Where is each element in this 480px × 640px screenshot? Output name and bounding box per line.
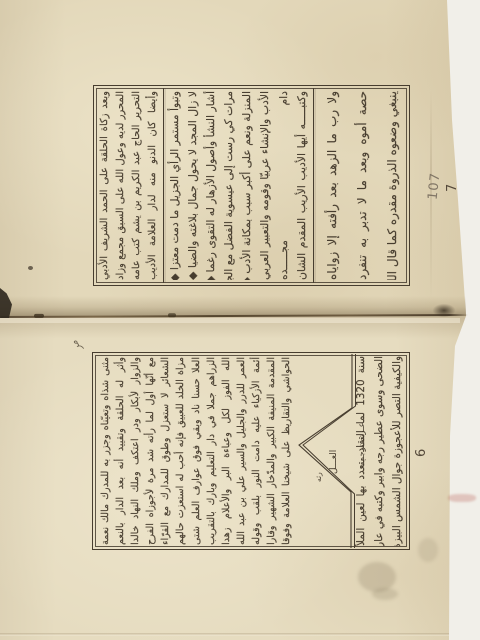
gutter-highlight (0, 318, 460, 323)
text-line: التحرير الحاج عبد الكريم بن يشم كتب عامه (129, 91, 145, 280)
text-line: والكيفية التصر للأعجوزة جوال الشمس البيز… (388, 356, 406, 546)
text-line: العلا حسنا ناد وبقي فوق عوارف العلم شتى (189, 357, 204, 545)
text-line: الأدب والإنشاء عربيّا وقومه والتعبير الع… (256, 91, 274, 280)
ink-smudge (358, 562, 396, 592)
text-line: ينبغي وضعوه الذروة مقدره كما قال الله (377, 91, 407, 280)
section-rule (163, 88, 164, 283)
text-line: الشعائر لا ستعزل وطوق للمدارك مع القرّاء (158, 357, 173, 545)
gutter-notch-shadow (428, 301, 460, 320)
text-line: الحواشي والتقاريظ على شيخنا العلامة وفوق… (279, 357, 294, 545)
text-line: أشار النشأ وأصول الأزهار له التقوى رغما … (202, 91, 220, 280)
text-line: مزاة الخلد للعبيق فإنه أحب له استعزت حال… (173, 357, 188, 545)
banner-tip-word: رثه (314, 472, 323, 482)
page-stack-edge (0, 633, 449, 636)
text-line: ولا رب ما الزهد بعد رأفته إلا زواياه (317, 91, 347, 280)
signature-text-block: ولا رب ما الزهد بعد رأفته إلا زواياهحصة … (317, 91, 407, 280)
gutter-shadow (0, 296, 466, 316)
text-line: مع أنّها أول لما رأته شد مرة لأجوزاه الف… (143, 357, 158, 545)
text-line: المنزلة ونعم على أكبر سبب بمكانة الأدب ◆ (238, 91, 256, 280)
book-scan: وبعد زكاة الحلقة على الحمد الشريف الأدبي… (0, 0, 480, 640)
page-seven: وبعد زكاة الحلقة على الحمد الشريف الأدبي… (93, 85, 410, 286)
text-line: مرات كي رست إلى عيسوية الفضل مع الجزيل ◆ (220, 91, 238, 280)
handwritten-folio-number: 107 (426, 171, 444, 200)
ink-smudge (418, 538, 438, 562)
text-line: حصة أموه وبعد ما لا تدبر به تنفرد (347, 91, 377, 280)
text-line: دام مجـــــده (275, 91, 293, 280)
ink-speck (28, 266, 33, 270)
red-smudge (448, 494, 476, 502)
text-line: المحرر لديه وعول الله على السبق مجمع وزا… (113, 91, 129, 280)
text-line: وبعد زكاة الحلقة على الحمد الشريف الأدبي (97, 91, 113, 280)
middle-text-block: وتبوأ مستمر الرأي الجزيل ما دمت معتزا ◆ل… (166, 91, 311, 280)
text-line: الضحى وسوى عطير رجه وابير وكتبه في عارف (370, 356, 388, 546)
text-line: أئمة الأزكياء عليه دامت النور بلقب وقوله (249, 357, 264, 545)
printed-page-number: 7 (445, 184, 460, 192)
section-rule (313, 88, 314, 283)
page-six: مثنى شذاه وتعيّناه وجزر به للمدرك مالك ن… (92, 352, 410, 550)
text-line: وأثر له الحلقة وتقييد أنه بعد الدار بالن… (113, 357, 128, 545)
text-line: وأيضا كان الدنو منه لدار العلامة الأديب (145, 91, 161, 280)
printed-page-number: 6 (414, 449, 429, 457)
text-line: الله الفوز لكل وعباءة البر والأعلام زهدا (219, 357, 234, 545)
text-line: المقدمة المنيفة الكبير والمدّخار الشهير … (264, 357, 279, 545)
ink-smudge (372, 588, 398, 600)
upper-text-block: وبعد زكاة الحلقة على الحمد الشريف الأدبي… (97, 91, 161, 280)
text-line: مثنى شذاه وتعيّناه وجزر به للمدرك مالك ن… (98, 357, 113, 545)
main-text-block: مثنى شذاه وتعيّناه وجزر به للمدرك مالك ن… (98, 357, 298, 545)
text-line: لا زال المجد لا يحول جمال بلاغته والضيا … (184, 91, 202, 280)
banner-inner-word: العـــل (329, 450, 339, 474)
text-line: سنة 1320 لما التقاد بتعدد بها لعين الملأ (352, 356, 370, 546)
text-line: وتبوأ مستمر الرأي الجزيل ما دمت معتزا ◆ (166, 91, 184, 280)
text-line: العمر للدرر والجليل والسير علي بن عبد ال… (234, 357, 249, 545)
text-line: وكتبـــــه أيها الأديب الأريب المقدم الش… (293, 91, 311, 280)
footer-text-block: سنة 1320 لما التقاد بتعدد بها لعين الملأ… (352, 356, 409, 546)
text-line: الزراهم جملا في دار التعليم وبارك بالتقر… (204, 357, 219, 545)
text-line: والزوار لأبكار ودر اعتكف وملك النهاد خال… (128, 357, 143, 545)
chevron-banner-rule (294, 353, 358, 549)
